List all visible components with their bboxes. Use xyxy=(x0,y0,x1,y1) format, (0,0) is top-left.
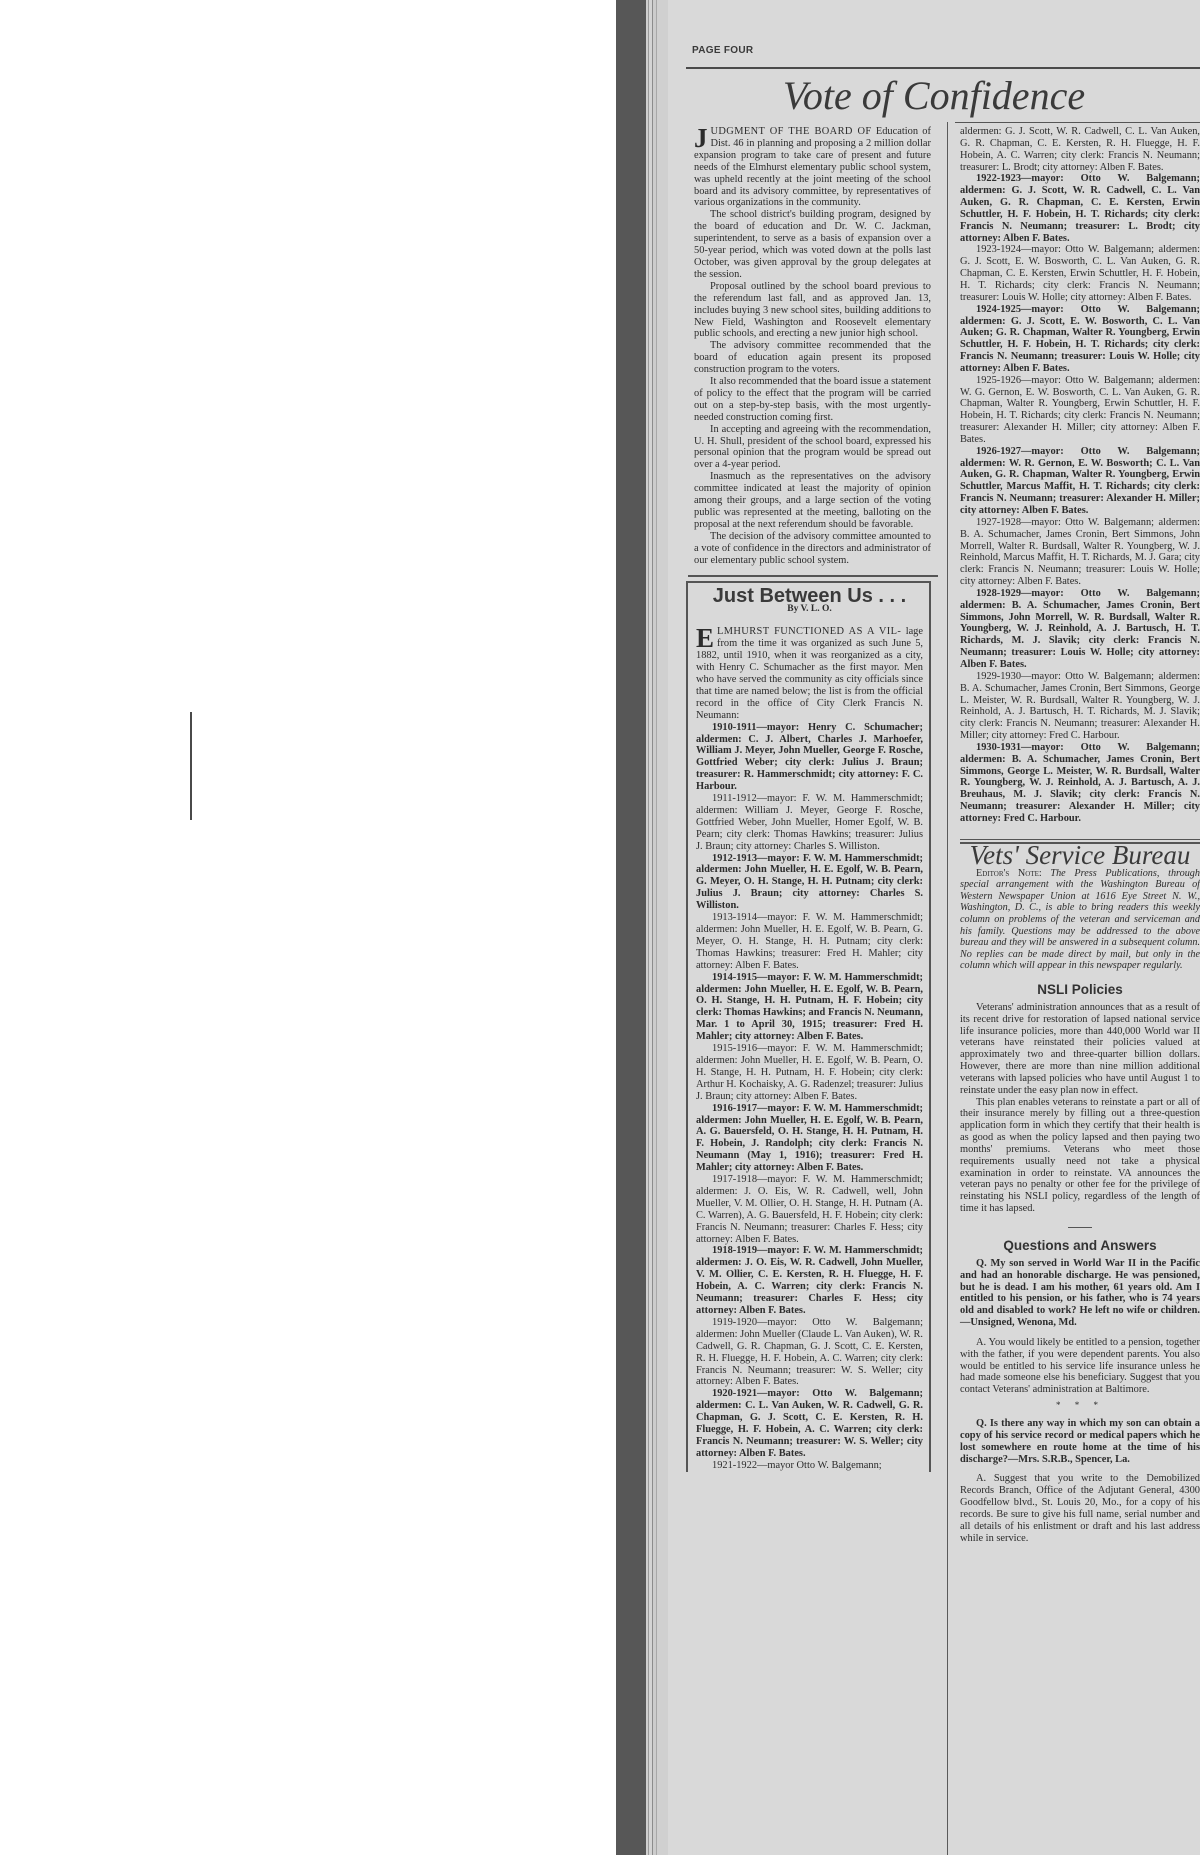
editorial-paragraph: Education of Dist. 46 in planning and pr… xyxy=(694,126,931,208)
editor-note: Editor's Note: The Press Publications, t… xyxy=(960,868,1200,972)
term-entry: 1929-1930—mayor: Otto W. Balgemann; alde… xyxy=(960,671,1200,742)
term-entry: 1920-1921—mayor: Otto W. Balgemann; alde… xyxy=(696,1388,923,1459)
stray-vertical-line xyxy=(190,712,192,820)
term-entry: 1912-1913—mayor: F. W. M. Hammerschmidt;… xyxy=(696,853,923,913)
term-entry: 1921-1922—mayor Otto W. Balgemann; xyxy=(696,1460,923,1472)
lead-caps: LMHURST FUNCTIONED AS A VIL- xyxy=(717,626,901,637)
editorial-headline: Vote of Confidence xyxy=(668,72,1200,119)
editor-note-label: Editor's Note: xyxy=(976,868,1042,879)
newspaper-page: PAGE FOUR Vote of Confidence JUDGMENT OF… xyxy=(668,0,1200,1855)
editorial-paragraph: The decision of the advisory committee a… xyxy=(694,531,931,567)
term-entry: 1916-1917—mayor: F. W. M. Hammerschmidt;… xyxy=(696,1103,923,1174)
term-entry: 1927-1928—mayor: Otto W. Balgemann; alde… xyxy=(960,517,1200,588)
vets-title: Vets' Service Bureau xyxy=(960,850,1200,862)
short-rule xyxy=(1068,1227,1092,1228)
term-entry: 1915-1916—mayor: F. W. M. Hammerschmidt;… xyxy=(696,1043,923,1103)
question: Q. My son served in World War II in the … xyxy=(960,1258,1200,1329)
column-divider xyxy=(947,122,948,1855)
page-label: PAGE FOUR xyxy=(692,45,753,56)
editorial-paragraph: In accepting and agreeing with the recom… xyxy=(694,424,931,472)
drop-cap: E xyxy=(696,627,714,649)
term-entry: 1924-1925—mayor: Otto W. Balgemann; alde… xyxy=(960,304,1200,375)
vets-service-bureau: Vets' Service Bureau Editor's Note: The … xyxy=(960,850,1200,1545)
header-rule xyxy=(686,67,1200,69)
right-column: aldermen: G. J. Scott, W. R. Cadwell, C.… xyxy=(960,126,1200,1544)
just-between-us-box: Just Between Us . . . By V. L. O. ELMHUR… xyxy=(686,581,931,1472)
stars-separator: * * * xyxy=(960,1400,1200,1412)
nsli-title: NSLI Policies xyxy=(960,984,1200,996)
term-entry: 1923-1924—mayor: Otto W. Balgemann; alde… xyxy=(960,244,1200,303)
term-entry: 1918-1919—mayor: F. W. M. Hammerschmidt;… xyxy=(696,1245,923,1316)
nsli-paragraph: This plan enables veterans to reinstate … xyxy=(960,1097,1200,1215)
term-entry: 1919-1920—mayor: Otto W. Balgemann; alde… xyxy=(696,1317,923,1388)
qa-title: Questions and Answers xyxy=(960,1240,1200,1252)
term-entry: 1925-1926—mayor: Otto W. Balgemann; alde… xyxy=(960,375,1200,446)
term-entry: 1911-1912—mayor: F. W. M. Hammerschmidt;… xyxy=(696,793,923,853)
term-entry: 1913-1914—mayor: F. W. M. Hammerschmidt;… xyxy=(696,912,923,972)
lead-caps: UDGMENT OF THE BOARD OF xyxy=(711,126,872,137)
section-separator xyxy=(688,575,938,577)
term-entry: 1917-1918—mayor: F. W. M. Hammerschmidt;… xyxy=(696,1174,923,1245)
answer: A. You would likely be entitled to a pen… xyxy=(960,1337,1200,1396)
editorial-paragraph: Inasmuch as the representatives on the a… xyxy=(694,471,931,531)
nsli-paragraph: Veterans' administration announces that … xyxy=(960,1002,1200,1097)
editorial-paragraph: The advisory committee recommended that … xyxy=(694,340,931,376)
question: Q. Is there any way in which my son can … xyxy=(960,1418,1200,1465)
answer: A. Suggest that you write to the Demobil… xyxy=(960,1473,1200,1544)
editorial-paragraph: Proposal outlined by the school board pr… xyxy=(694,281,931,341)
intro-text: lage from the time it was organized as s… xyxy=(696,626,923,720)
term-entry: 1910-1911—mayor: Henry C. Schumacher; al… xyxy=(696,722,923,793)
left-column: JUDGMENT OF THE BOARD OF Education of Di… xyxy=(694,126,931,1472)
editor-note-text: The Press Publications, through special … xyxy=(960,868,1200,972)
editorial-paragraph: It also recommended that the board issue… xyxy=(694,376,931,424)
column-intro: ELMHURST FUNCTIONED AS A VIL- lage from … xyxy=(696,626,923,721)
term-entry: 1922-1923—mayor: Otto W. Balgemann; alde… xyxy=(960,173,1200,244)
term-entry: 1926-1927—mayor: Otto W. Balgemann; alde… xyxy=(960,446,1200,517)
column-title: Just Between Us . . . xyxy=(696,591,923,603)
term-entry-continued: aldermen: G. J. Scott, W. R. Cadwell, C.… xyxy=(960,126,1200,173)
binding-strip xyxy=(616,0,646,1855)
term-entry: 1914-1915—mayor: F. W. M. Hammerschmidt;… xyxy=(696,972,923,1043)
page-gutter xyxy=(646,0,668,1855)
editorial-article: JUDGMENT OF THE BOARD OF Education of Di… xyxy=(694,126,931,567)
editorial-paragraph: The school district's building program, … xyxy=(694,209,931,280)
right-column-top-rule xyxy=(955,122,1200,123)
drop-cap: J xyxy=(694,127,708,149)
term-entry: 1930-1931—mayor: Otto W. Balgemann; alde… xyxy=(960,742,1200,825)
newspaper-scan: PAGE FOUR Vote of Confidence JUDGMENT OF… xyxy=(616,0,1200,1855)
editorial-lead: JUDGMENT OF THE BOARD OF Education of Di… xyxy=(694,126,931,209)
term-entry: 1928-1929—mayor: Otto W. Balgemann; alde… xyxy=(960,588,1200,671)
